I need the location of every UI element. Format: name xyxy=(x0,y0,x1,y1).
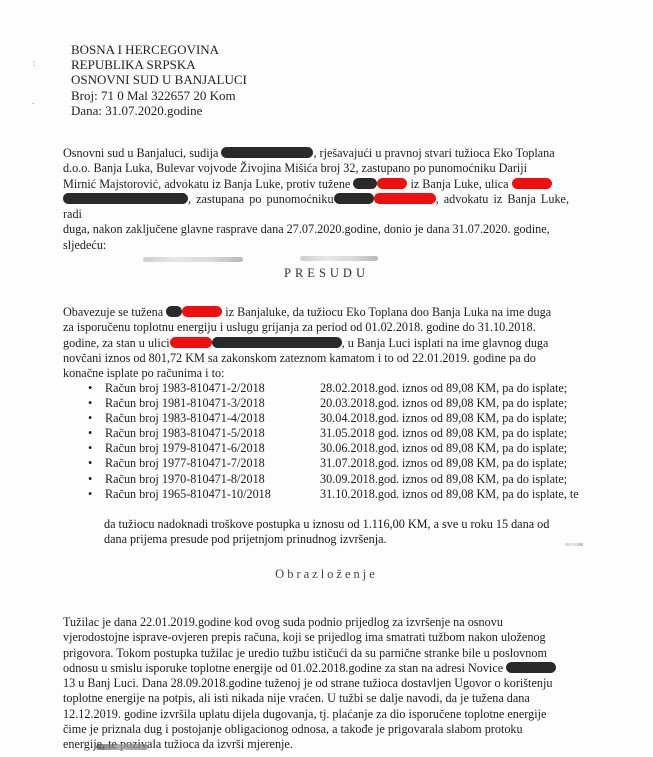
bullet-icon: • xyxy=(88,426,105,441)
redaction-black xyxy=(334,193,374,204)
invoice-amount: iznos od 89,08 KM, pa do isplate; xyxy=(402,426,567,441)
document-date: Dana: 31.07.2020.godine xyxy=(71,103,247,118)
redaction-black xyxy=(212,337,342,348)
invoice-amount: iznos od 89,08 KM, pa do isplate; xyxy=(402,396,567,411)
verdict-tail-text: da tužiocu nadoknadi troškove postupka u… xyxy=(104,517,574,532)
invoice-number: Račun broj 1983-810471-5/2018 xyxy=(105,426,320,441)
redaction-red xyxy=(512,178,552,189)
intro-text: Osnovni sud u Banjaluci, sudija xyxy=(63,146,218,160)
intro-text: , rješavajući u pravnoj stvari tužioca E… xyxy=(313,146,554,160)
invoice-number: Račun broj 1983-810471-2/2018 xyxy=(105,381,320,396)
document-header: BOSNA I HERCEGOVINA REPUBLIKA SRPSKA OSN… xyxy=(71,42,247,118)
redaction-black xyxy=(63,193,188,204)
redaction-black xyxy=(166,306,182,317)
verdict-text: , u Banja Luci isplati na ime glavnog du… xyxy=(342,336,549,350)
bullet-icon: • xyxy=(88,411,105,426)
bullet-icon: • xyxy=(88,396,105,411)
invoice-amount: iznos od 89,08 KM, pa do isplate; xyxy=(402,456,567,471)
redaction-black xyxy=(506,662,556,673)
bullet-icon: • xyxy=(88,472,105,487)
country-line: BOSNA I HERCEGOVINA xyxy=(71,42,247,57)
invoice-date: 30.09.2018.god. xyxy=(320,472,370,487)
invoice-number: Račun broj 1981-810471-3/2018 xyxy=(105,396,320,411)
reasoning-text: Tužilac je dana 22.01.2019.godine kod ov… xyxy=(63,615,569,630)
reasoning-title: Obrazloženje xyxy=(0,567,653,582)
redaction-red xyxy=(377,178,407,189)
reasoning-text: odnosu u smislu isporuke toplotne energi… xyxy=(63,661,503,675)
redaction-red xyxy=(170,337,212,348)
intro-text: iz Banja Luke, ulica xyxy=(410,177,508,191)
intro-text: duga, nakon zaključene glavne rasprave d… xyxy=(63,222,569,237)
intro-text: Mirnić Majstorović, advokatu iz Banja Lu… xyxy=(63,177,350,191)
reasoning-text: 12.12.2019. godine izvršila uplatu dijel… xyxy=(63,707,569,722)
invoice-list: •Račun broj 1983-810471-2/201828.02.2018… xyxy=(88,381,588,502)
invoice-date: 31.07.2018.god. xyxy=(320,456,370,471)
scan-mark: : xyxy=(33,58,36,68)
verdict-text: za isporučenu toplotnu energiju i uslugu… xyxy=(63,320,569,335)
case-number: Broj: 71 0 Mal 322657 20 Kom xyxy=(71,88,247,103)
invoice-date: 20.03.2018.god. xyxy=(320,396,370,411)
bullet-icon: • xyxy=(88,381,105,396)
invoice-amount: iznos od 89,08 KM, pa do isplate, te xyxy=(402,487,579,502)
reasoning-text: prigovora. Tokom postupka tužilac je ure… xyxy=(63,646,569,661)
verdict-text: godine, za stan u ulici xyxy=(63,336,170,350)
reasoning-paragraph: Tužilac je dana 22.01.2019.godine kod ov… xyxy=(63,615,569,753)
invoice-number: Račun broj 1970-810471-8/2018 xyxy=(105,472,320,487)
invoice-amount: iznos od 89,08 KM, pa do isplate; xyxy=(402,441,567,456)
verdict-tail-text: dana prijema presude pod prijetnjom prin… xyxy=(104,532,574,547)
intro-text: sljedeću: xyxy=(63,238,569,253)
scan-mark: . xyxy=(32,96,34,106)
invoice-amount: iznos od 89,08 KM, pa do isplate; xyxy=(402,472,567,487)
reasoning-text: 13 u Banj Luci. Dana 28.09.2018.godine t… xyxy=(63,676,569,691)
court-name: OSNOVNI SUD U BANJALUCI xyxy=(71,72,247,87)
bullet-icon: • xyxy=(88,487,105,502)
intro-paragraph: Osnovni sud u Banjaluci, sudija , rješav… xyxy=(63,146,569,253)
scan-smudge xyxy=(143,257,243,262)
invoice-number: Račun broj 1977-810471-7/2018 xyxy=(105,456,320,471)
invoice-amount: iznos od 89,08 KM, pa do isplate; xyxy=(402,381,567,396)
invoice-date: 31.10.2018.god. xyxy=(320,487,370,502)
invoice-number: Račun broj 1983-810471-4/2018 xyxy=(105,411,320,426)
redaction-red xyxy=(182,306,222,317)
invoice-date: 28.02.2018.god. xyxy=(320,381,370,396)
invoice-item: •Račun broj 1965-810471-10/201831.10.201… xyxy=(88,487,588,502)
verdict-title: PRESUDU xyxy=(0,266,653,281)
invoice-item: •Račun broj 1983-810471-4/201830.04.2018… xyxy=(88,411,588,426)
redaction-black xyxy=(221,147,313,158)
invoice-item: •Račun broj 1977-810471-7/201831.07.2018… xyxy=(88,456,588,471)
invoice-amount: iznos od 89,08 KM, pa do isplate; xyxy=(402,411,567,426)
invoice-item: •Račun broj 1983-810471-2/201828.02.2018… xyxy=(88,381,588,396)
bullet-icon: • xyxy=(88,441,105,456)
scan-smudge xyxy=(96,744,148,750)
invoice-number: Račun broj 1979-810471-6/2018 xyxy=(105,441,320,456)
invoice-item: •Račun broj 1979-810471-6/201830.06.2018… xyxy=(88,441,588,456)
invoice-date: 30.04.2018.god. xyxy=(320,411,370,426)
invoice-item: •Račun broj 1981-810471-3/201820.03.2018… xyxy=(88,396,588,411)
entity-line: REPUBLIKA SRPSKA xyxy=(71,57,247,72)
verdict-text: konačne isplate po računima i to: xyxy=(63,366,569,381)
reasoning-text: vjerodostojne isprave-ovjeren prepis rač… xyxy=(63,630,569,645)
invoice-number: Račun broj 1965-810471-10/2018 xyxy=(105,487,320,502)
scan-smudge xyxy=(565,543,583,546)
verdict-text: iz Banjaluke, da tužiocu Eko Toplana doo… xyxy=(225,305,551,319)
verdict-text: novčani iznos od 801,72 KM sa zakonskom … xyxy=(63,351,569,366)
redaction-black xyxy=(353,178,377,189)
verdict-tail: da tužiocu nadoknadi troškove postupka u… xyxy=(104,517,574,548)
invoice-item: •Račun broj 1970-810471-8/201830.09.2018… xyxy=(88,472,588,487)
redaction-red xyxy=(374,193,436,204)
reasoning-text: čime je priznala dug i postojanje obliga… xyxy=(63,722,569,737)
intro-text: , zastupana po punomoćniku xyxy=(188,192,334,206)
bullet-icon: • xyxy=(88,456,105,471)
court-document-page: : . BOSNA I HERCEGOVINA REPUBLIKA SRPSKA… xyxy=(0,0,653,757)
invoice-date: 31.05.2018 god. xyxy=(320,426,370,441)
invoice-date: 30.06.2018.god. xyxy=(320,441,370,456)
verdict-text: Obavezuje se tužena xyxy=(63,305,163,319)
scan-smudge xyxy=(300,256,378,261)
intro-text: d.o.o. Banja Luka, Bulevar vojvode Živoj… xyxy=(63,161,569,176)
verdict-paragraph: Obavezuje se tužena iz Banjaluke, da tuž… xyxy=(63,305,569,381)
invoice-item: •Račun broj 1983-810471-5/201831.05.2018… xyxy=(88,426,588,441)
reasoning-text: toplotne energije na potpis, ali isti ni… xyxy=(63,691,569,706)
